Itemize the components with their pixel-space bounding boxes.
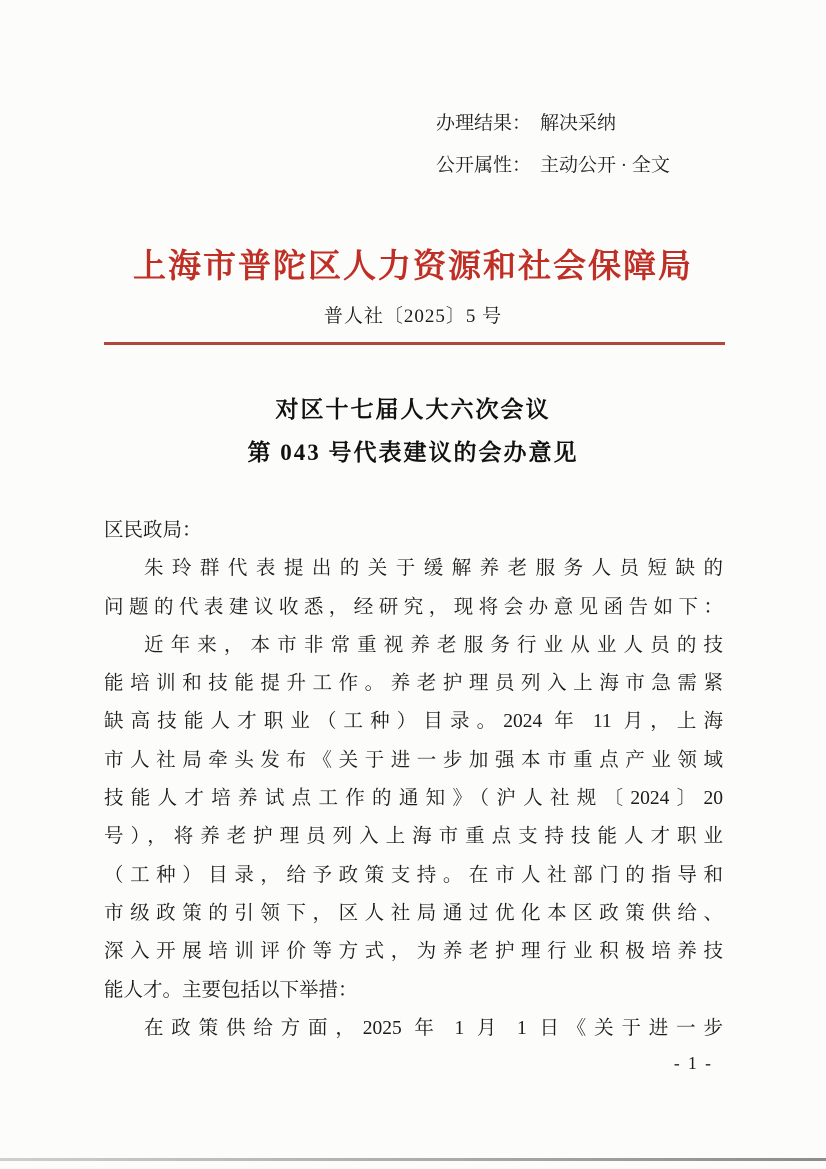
body-line: 缺高技能人才职业（工种）目录。2024 年 11 月，上海 (104, 703, 723, 741)
body-line: 近年来，本市非常重视养老服务行业从业人员的技 (104, 627, 723, 665)
publicity-label: 公开属性： (436, 145, 531, 187)
document-body: 区民政局： 朱玲群代表提出的关于缓解养老服务人员短缺的 问题的代表建议收悉，经研… (104, 512, 723, 1048)
body-line: 技能人才培养试点工作的通知》（沪人社规〔2024〕20 (104, 780, 723, 818)
body-line: 问题的代表建议收悉，经研究，现将会办意见函告如下： (104, 589, 723, 627)
agency-name: 上海市普陀区人力资源和社会保障局 (0, 240, 826, 287)
body-line: 能培训和技能提升工作。养老护理员列入上海市急需紧 (104, 665, 723, 703)
document-title: 对区十七届人大六次会议 第 043 号代表建议的会办意见 (0, 388, 826, 474)
body-line: 在政策供给方面，2025 年 1 月 1 日《关于进一步 (104, 1010, 723, 1048)
page-number: - 1 - (674, 1053, 713, 1074)
scan-edge (0, 1158, 826, 1161)
document-title-line2: 第 043 号代表建议的会办意见 (0, 431, 826, 474)
red-divider (104, 342, 725, 345)
document-title-line1: 对区十七届人大六次会议 (0, 388, 826, 431)
body-line: 深入开展培训评价等方式，为养老护理行业积极培养技 (104, 933, 723, 971)
body-line: 市级政策的引领下，区人社局通过优化本区政策供给、 (104, 895, 723, 933)
document-page: 办理结果： 解决采纳 公开属性： 主动公开 · 全文 上海市普陀区人力资源和社会… (0, 0, 826, 1169)
meta-info: 办理结果： 解决采纳 公开属性： 主动公开 · 全文 (436, 103, 670, 187)
body-line: 朱玲群代表提出的关于缓解养老服务人员短缺的 (104, 550, 723, 588)
result-label: 办理结果： (436, 103, 531, 145)
result-value: 解决采纳 (540, 103, 616, 145)
body-line: （工种）目录，给予政策支持。在市人社部门的指导和 (104, 857, 723, 895)
document-number: 普人社〔2025〕5 号 (0, 301, 826, 328)
body-line: 号），将养老护理员列入上海市重点支持技能人才职业 (104, 818, 723, 856)
publicity-value: 主动公开 · 全文 (540, 145, 670, 187)
body-line: 市人社局牵头发布《关于进一步加强本市重点产业领域 (104, 742, 723, 780)
body-line-salutation: 区民政局： (104, 512, 723, 550)
meta-row-publicity: 公开属性： 主动公开 · 全文 (436, 145, 670, 187)
body-line: 能人才。主要包括以下举措： (104, 972, 723, 1010)
meta-row-result: 办理结果： 解决采纳 (436, 103, 670, 145)
